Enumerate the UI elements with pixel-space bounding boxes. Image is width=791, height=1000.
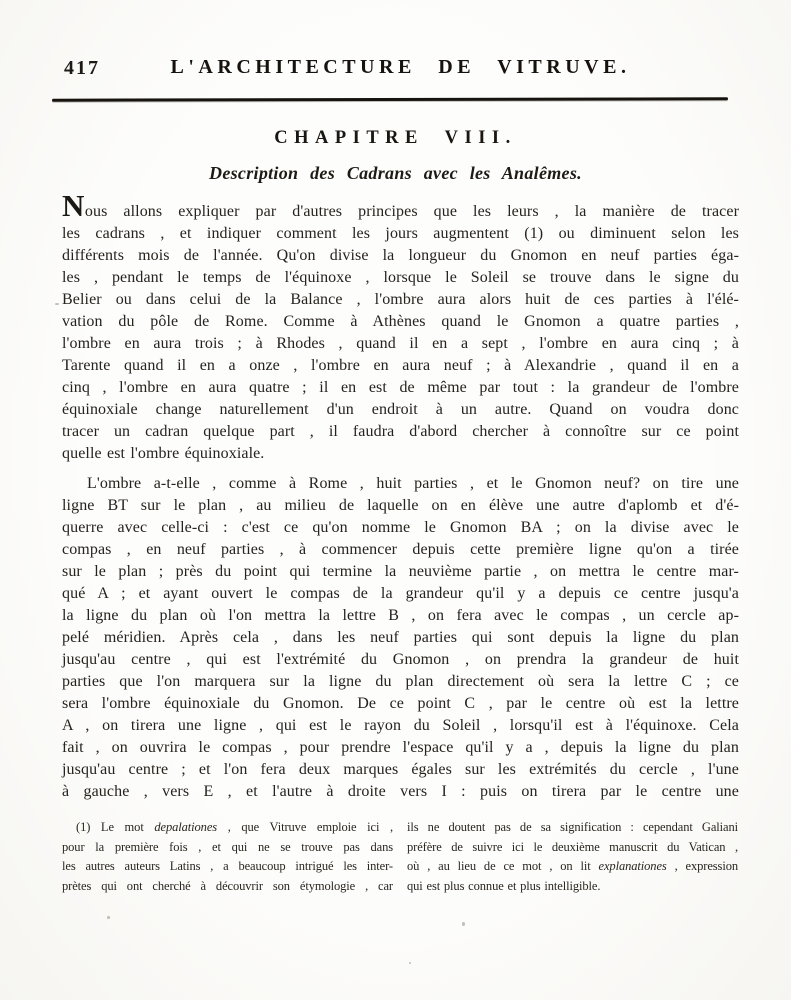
scan-speck (107, 916, 110, 919)
text-line: pelé méridien. Après cela , dans les neu… (62, 627, 739, 649)
text-line: Nous allons expliquer par d'autres princ… (62, 201, 739, 223)
scanned-book-page: 417 L'ARCHITECTURE DE VITRUVE. CHAPITRE … (0, 0, 791, 1000)
drop-cap-initial: N (62, 188, 85, 223)
text-line: Tarente quand il en a onze , l'ombre en … (62, 355, 739, 377)
text-line: cinq , l'ombre en aura quatre ; il en es… (62, 377, 739, 399)
text-line: quelle est l'ombre équinoxiale. (62, 443, 739, 465)
text-line: où , au lieu de ce mot , on lit explanat… (407, 857, 738, 877)
page-header: 417 L'ARCHITECTURE DE VITRUVE. (62, 56, 739, 82)
text-line: L'ombre a-t-elle , comme à Rome , huit p… (62, 473, 739, 495)
paragraph-2: L'ombre a-t-elle , comme à Rome , huit p… (62, 473, 739, 803)
text-line: querre avec celle-ci : c'est ce qu'on no… (62, 517, 739, 539)
text-line: la ligne du plan où l'on mettra la lettr… (62, 605, 739, 627)
text-line: différents mois de l'année. Qu'on divise… (62, 245, 739, 267)
text-line: équinoxiale change naturellement d'un en… (62, 399, 739, 421)
text-line: parties que l'on marquera sur la ligne d… (62, 671, 739, 693)
text-line: l'ombre en aura trois ; à Rhodes , quand… (62, 333, 739, 355)
body-text-block: Nous allons expliquer par d'autres princ… (62, 201, 739, 803)
text-line: les cadrans , et indiquer comment les jo… (62, 223, 739, 245)
chapter-heading: CHAPITRE VIII. (0, 128, 791, 149)
text-line: compas , en neuf parties , à commencer d… (62, 539, 739, 561)
scan-speck (409, 962, 411, 964)
footnotes-section: (1) Le mot depalationes , que Vitruve em… (62, 818, 739, 896)
text-line: les autres auteurs Latins , a beaucoup i… (62, 857, 393, 877)
text-line: ils ne doutent pas de sa signification :… (407, 818, 738, 838)
scan-speck (55, 303, 59, 305)
text-line: ligne BT sur le plan , au milieu de laqu… (62, 495, 739, 517)
text-line: jusqu'au centre ; et l'on fera deux marq… (62, 759, 739, 781)
scan-speck (462, 922, 465, 926)
paragraph-1: Nous allons expliquer par d'autres princ… (62, 201, 739, 465)
text-line: sera l'ombre équinoxiale du Gnomon. De c… (62, 693, 739, 715)
text-line: tracer un cadran quelque part , il faudr… (62, 421, 739, 443)
page-number: 417 (64, 57, 100, 80)
text-line: qui est plus connue et plus intelligible… (407, 877, 738, 897)
text-line: pour la première fois , et qui ne se tro… (62, 838, 393, 858)
text-line: préfère de suivre ici le deuxième manusc… (407, 838, 738, 858)
text-line: Belier ou dans celui de la Balance , l'o… (62, 289, 739, 311)
text-line: les , pendant le temps de l'équinoxe , l… (62, 267, 739, 289)
text-line: vation du pôle de Rome. Comme à Athènes … (62, 311, 739, 333)
text-line: fait , on ouvrira le compas , pour prend… (62, 737, 739, 759)
footnote-left-column: (1) Le mot depalationes , que Vitruve em… (62, 818, 393, 896)
chapter-subtitle: Description des Cadrans avec les Analême… (0, 163, 791, 184)
text-line: à gauche , vers E , et l'autre à droite … (62, 781, 739, 803)
footnote-right-column: ils ne doutent pas de sa signification :… (407, 818, 738, 896)
running-title: L'ARCHITECTURE DE VITRUVE. (62, 56, 739, 79)
text-line: sur le plan ; près du point qui termine … (62, 561, 739, 583)
text-line: (1) Le mot depalationes , que Vitruve em… (62, 818, 393, 838)
text-line: jusqu'au centre , qui est l'extrémité du… (62, 649, 739, 671)
text-line: prètes qui ont cherché à découvrir son é… (62, 877, 393, 897)
header-rule (52, 97, 728, 101)
text-line: A , on tirera une ligne , qui est le ray… (62, 715, 739, 737)
text-line: qué A ; et ayant ouvert le compas de la … (62, 583, 739, 605)
